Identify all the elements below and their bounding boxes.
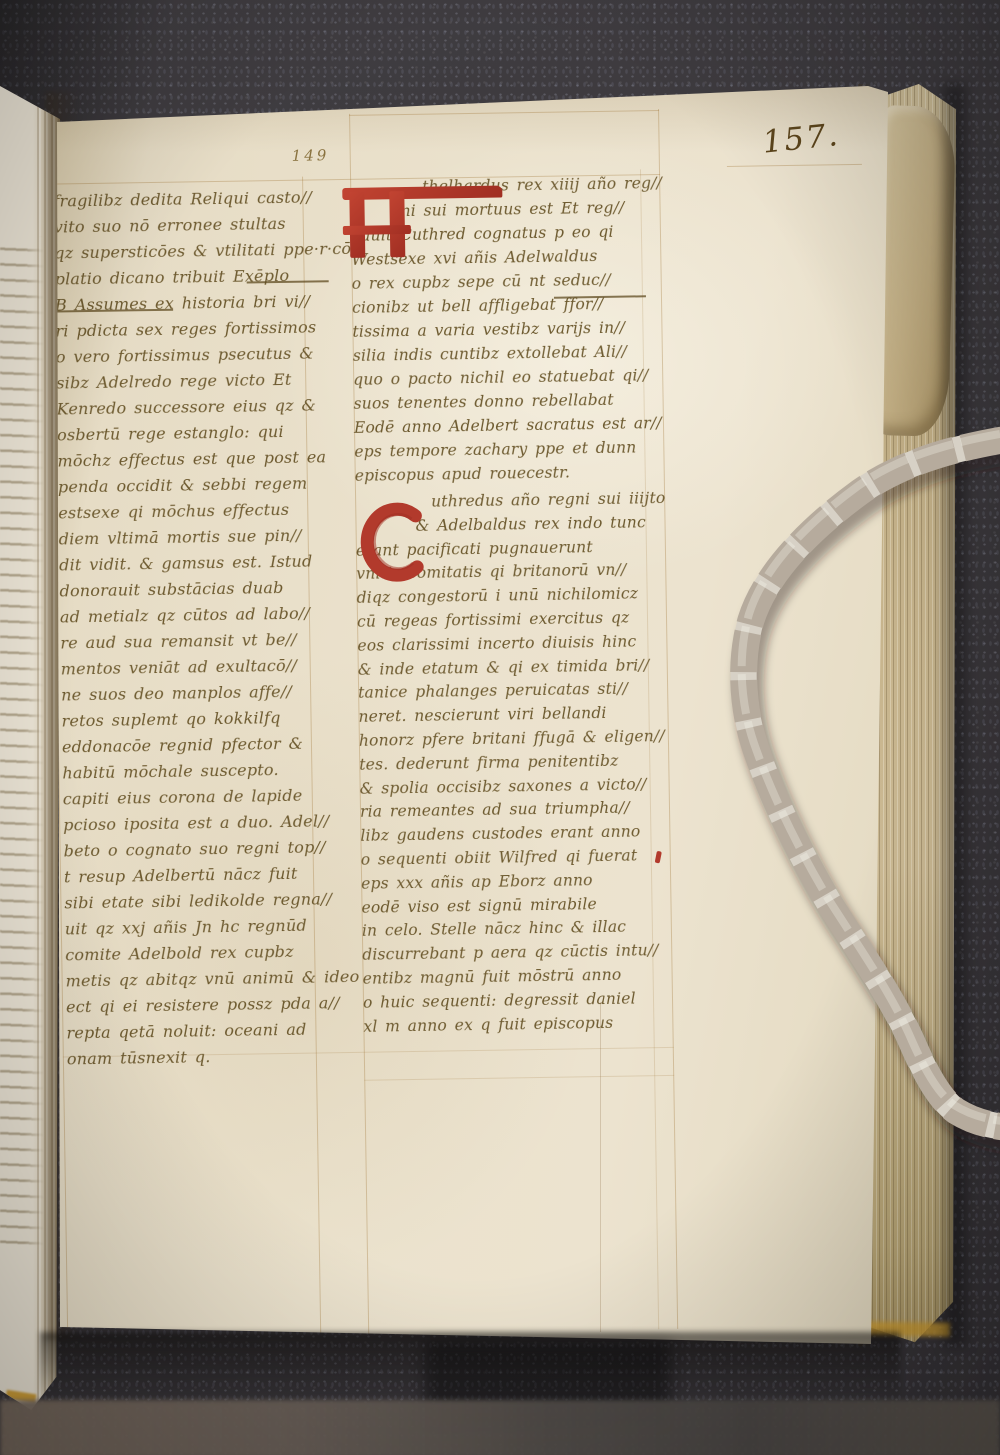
manuscript-photo-scene: 149 157. fragilibz dedita Reliqui casto/… (0, 0, 1000, 1455)
photo-vignette (0, 0, 1000, 1455)
